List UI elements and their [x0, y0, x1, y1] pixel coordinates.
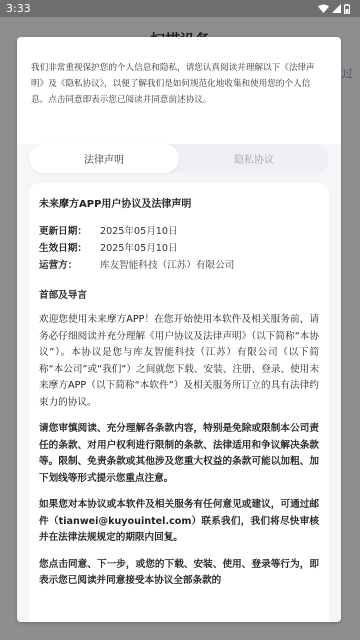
tab-legal-statement[interactable]: 法律声明	[29, 144, 179, 173]
meta-operator: 运营方： 库友智能科技（江苏）有限公司	[39, 257, 319, 274]
paragraph-contact: 如果您对本协议或本软件及相关服务有任何意见或建议，可通过邮件（tianwei@k…	[39, 497, 319, 547]
meta-label: 生效日期：	[39, 240, 100, 257]
status-time: 3:33	[6, 2, 31, 15]
meta-value: 2025年05月10日	[100, 240, 178, 257]
meta-label: 更新日期：	[39, 223, 100, 240]
status-icons	[318, 4, 350, 14]
status-bar: 3:33	[0, 0, 360, 17]
cellular-signal-icon	[332, 4, 341, 13]
meta-effective-date: 生效日期： 2025年05月10日	[39, 240, 319, 257]
agreement-dialog: 我们非常重视保护您的个人信息和隐私，请您认真阅读并理解以下《法律声明》及《隐私协…	[17, 37, 341, 622]
meta-value: 2025年05月10日	[100, 223, 178, 240]
document-title: 未来摩方APP用户协议及法律声明	[39, 197, 319, 214]
meta-update-date: 更新日期： 2025年05月10日	[39, 223, 319, 240]
agreement-tabs: 法律声明 隐私协议	[29, 144, 329, 173]
paragraph-intro: 欢迎您使用未来摩方APP！在您开始使用本软件及相关服务前，请务必仔细阅读并充分理…	[39, 312, 319, 411]
tab-privacy-agreement[interactable]: 隐私协议	[179, 144, 329, 173]
paragraph-consent: 您点击同意、下一步，或您的下载、安装、使用、登录等行为，即表示您已阅读并同意接受…	[39, 557, 319, 590]
agreement-panel: 法律声明 隐私协议 未来摩方APP用户协议及法律声明 更新日期： 2025年05…	[17, 144, 341, 622]
section-heading: 首部及导言	[39, 288, 319, 305]
battery-icon	[344, 4, 350, 14]
agreement-document-scroll[interactable]: 未来摩方APP用户协议及法律声明 更新日期： 2025年05月10日 生效日期：…	[29, 183, 329, 622]
meta-value: 库友智能科技（江苏）有限公司	[100, 257, 234, 274]
wifi-icon	[318, 4, 329, 13]
intro-text: 我们非常重视保护您的个人信息和隐私，请您认真阅读并理解以下《法律声明》及《隐私协…	[17, 37, 341, 144]
paragraph-notice: 请您审慎阅读、充分理解各条款内容，特别是免除或限制本公司责任的条款、对用户权利进…	[39, 421, 319, 487]
background-text-fragment: 过	[342, 65, 353, 81]
meta-label: 运营方：	[39, 257, 100, 274]
